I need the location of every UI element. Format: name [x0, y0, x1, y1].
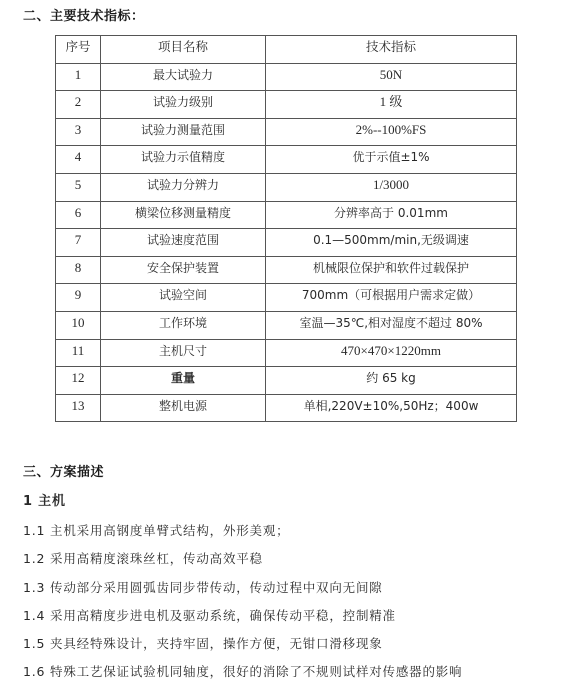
- row-spec-value: 470×470×1220mm: [266, 339, 517, 367]
- row-index: 2: [56, 91, 101, 119]
- header-spec: 技术指标: [266, 36, 517, 64]
- row-item-name: 安全保护装置: [101, 256, 266, 284]
- table-row: 7 试验速度范围 0.1—500mm/min,无级调速: [56, 229, 517, 257]
- row-index: 10: [56, 311, 101, 339]
- row-index: 7: [56, 229, 101, 257]
- section-heading-main-specs: 二、主要技术指标：: [23, 9, 145, 25]
- row-item-name: 工作环境: [101, 311, 266, 339]
- list-item: 1.2 采用高精度滚珠丝杠，传动高效平稳: [23, 551, 263, 567]
- row-spec-value: 单相,220V±10%,50Hz；400w: [266, 394, 517, 422]
- row-item-name: 横梁位移测量精度: [101, 201, 266, 229]
- row-spec-value: 1/3000: [266, 173, 517, 201]
- row-spec-value: 50N: [266, 63, 517, 91]
- row-item-name: 整机电源: [101, 394, 266, 422]
- table-row: 11 主机尺寸 470×470×1220mm: [56, 339, 517, 367]
- row-item-name: 试验力分辨力: [101, 173, 266, 201]
- row-spec-value: 机械限位保护和软件过载保护: [266, 256, 517, 284]
- row-item-name: 最大试验力: [101, 63, 266, 91]
- header-item-name: 项目名称: [101, 36, 266, 64]
- row-index: 3: [56, 118, 101, 146]
- row-index: 13: [56, 394, 101, 422]
- row-spec-value: 约 65 kg: [266, 367, 517, 395]
- table-row: 2 试验力级别 1 级: [56, 91, 517, 119]
- row-index: 8: [56, 256, 101, 284]
- list-item: 1.6 特殊工艺保证试验机同轴度，很好的消除了不规则试样对传感器的影响: [23, 664, 462, 680]
- row-spec-value: 室温—35℃,相对湿度不超过 80%: [266, 311, 517, 339]
- row-index: 5: [56, 173, 101, 201]
- subheading-main-unit: 1 主机: [23, 494, 66, 510]
- row-spec-value: 0.1—500mm/min,无级调速: [266, 229, 517, 257]
- row-index: 9: [56, 284, 101, 312]
- row-spec-value: 700mm（可根据用户需求定做）: [266, 284, 517, 312]
- row-item-name: 重量: [101, 367, 266, 395]
- table-row: 8 安全保护装置 机械限位保护和软件过载保护: [56, 256, 517, 284]
- row-index: 12: [56, 367, 101, 395]
- list-item: 1.5 夹具经特殊设计，夹持牢固，操作方便，无钳口滑移现象: [23, 636, 383, 652]
- table-row: 4 试验力示值精度 优于示值±1%: [56, 146, 517, 174]
- table-row: 5 试验力分辨力 1/3000: [56, 173, 517, 201]
- table-row: 13 整机电源 单相,220V±10%,50Hz；400w: [56, 394, 517, 422]
- row-spec-value: 分辨率高于 0.01mm: [266, 201, 517, 229]
- list-item: 1.3 传动部分采用圆弧齿同步带传动，传动过程中双向无间隙: [23, 580, 383, 596]
- row-spec-value: 优于示值±1%: [266, 146, 517, 174]
- row-index: 4: [56, 146, 101, 174]
- row-item-name: 主机尺寸: [101, 339, 266, 367]
- row-item-name: 试验空间: [101, 284, 266, 312]
- table-row: 10 工作环境 室温—35℃,相对湿度不超过 80%: [56, 311, 517, 339]
- row-spec-value: 1 级: [266, 91, 517, 119]
- row-item-name: 试验力示值精度: [101, 146, 266, 174]
- list-item: 1.1 主机采用高钢度单臂式结构，外形美观；: [23, 523, 289, 539]
- row-index: 6: [56, 201, 101, 229]
- table-header-row: 序号 项目名称 技术指标: [56, 36, 517, 64]
- row-index: 11: [56, 339, 101, 367]
- table-row: 6 横梁位移测量精度 分辨率高于 0.01mm: [56, 201, 517, 229]
- spec-table: 序号 项目名称 技术指标 1 最大试验力 50N 2 试验力级别 1 级 3 试…: [55, 35, 517, 422]
- section-heading-solution: 三、方案描述: [23, 465, 104, 481]
- list-item: 1.4 采用高精度步进电机及驱动系统，确保传动平稳，控制精准: [23, 608, 396, 624]
- table-row: 3 试验力测量范围 2%--100%FS: [56, 118, 517, 146]
- header-index: 序号: [56, 36, 101, 64]
- table-row: 1 最大试验力 50N: [56, 63, 517, 91]
- row-item-name: 试验力级别: [101, 91, 266, 119]
- table-row: 9 试验空间 700mm（可根据用户需求定做）: [56, 284, 517, 312]
- table-row: 12 重量 约 65 kg: [56, 367, 517, 395]
- row-item-name: 试验速度范围: [101, 229, 266, 257]
- row-index: 1: [56, 63, 101, 91]
- row-spec-value: 2%--100%FS: [266, 118, 517, 146]
- row-item-name: 试验力测量范围: [101, 118, 266, 146]
